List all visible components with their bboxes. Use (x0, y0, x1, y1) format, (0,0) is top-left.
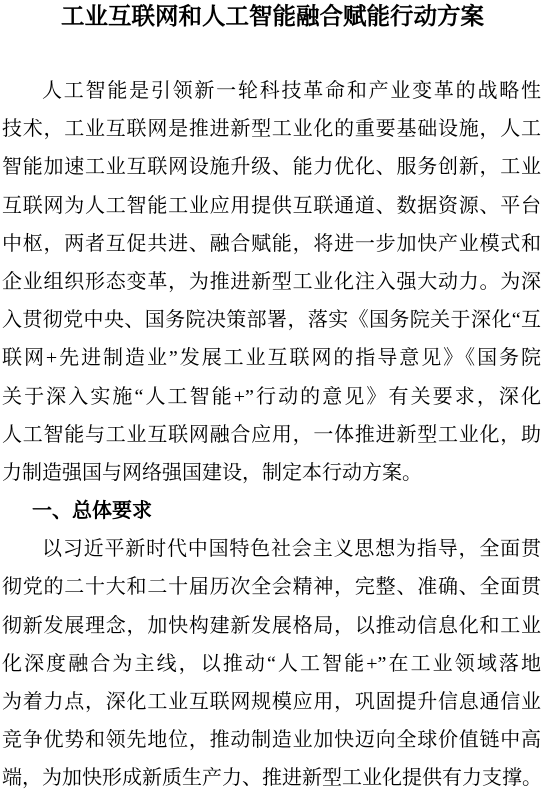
text-line: 人工智能是引领新一轮科技革命和产业变革的战略性 (2, 72, 541, 110)
text-line: 互联网为人工智能工业应用提供互联通道、数据资源、平台 (2, 187, 541, 225)
text-line: 彻党的二十大和二十届历次全会精神，完整、准确、全面贯 (2, 568, 541, 606)
document-body: 人工智能是引领新一轮科技革命和产业变革的战略性技术，工业互联网是推进新型工业化的… (0, 72, 545, 794)
document-page: 工业互联网和人工智能融合赋能行动方案 人工智能是引领新一轮科技革命和产业变革的战… (0, 0, 545, 794)
document-title: 工业互联网和人工智能融合赋能行动方案 (0, 3, 545, 29)
text-line: 端，为加快形成新质生产力、推进新型工业化提供有力支撑。 (2, 759, 541, 794)
text-line: 以习近平新时代中国特色社会主义思想为指导，全面贯 (2, 530, 541, 568)
text-line: 入贯彻党中央、国务院决策部署，落实《国务院关于深化“互 (2, 301, 541, 339)
text-line: 关于深入实施“人工智能+”行动的意见》有关要求，深化 (2, 378, 541, 416)
text-line: 中枢，两者互促共进、融合赋能，将进一步加快产业模式和 (2, 225, 541, 263)
text-line: 力制造强国与网络强国建设，制定本行动方案。 (2, 454, 541, 492)
text-line: 企业组织形态变革，为推进新型工业化注入强大动力。为深 (2, 263, 541, 301)
text-line: 为着力点，深化工业互联网规模应用，巩固提升信息通信业 (2, 683, 541, 721)
text-line: 智能加速工业互联网设施升级、能力优化、服务创新，工业 (2, 148, 541, 186)
section-heading: 一、总体要求 (2, 492, 541, 530)
text-line: 技术，工业互联网是推进新型工业化的重要基础设施，人工 (2, 110, 541, 148)
text-line: 竞争优势和领先地位，推动制造业加快迈向全球价值链中高 (2, 721, 541, 759)
text-line: 彻新发展理念，加快构建新发展格局，以推动信息化和工业 (2, 607, 541, 645)
text-line: 化深度融合为主线，以推动“人工智能+”在工业领域落地 (2, 645, 541, 683)
text-line: 联网+先进制造业”发展工业互联网的指导意见》《国务院 (2, 339, 541, 377)
text-line: 人工智能与工业互联网融合应用，一体推进新型工业化，助 (2, 416, 541, 454)
